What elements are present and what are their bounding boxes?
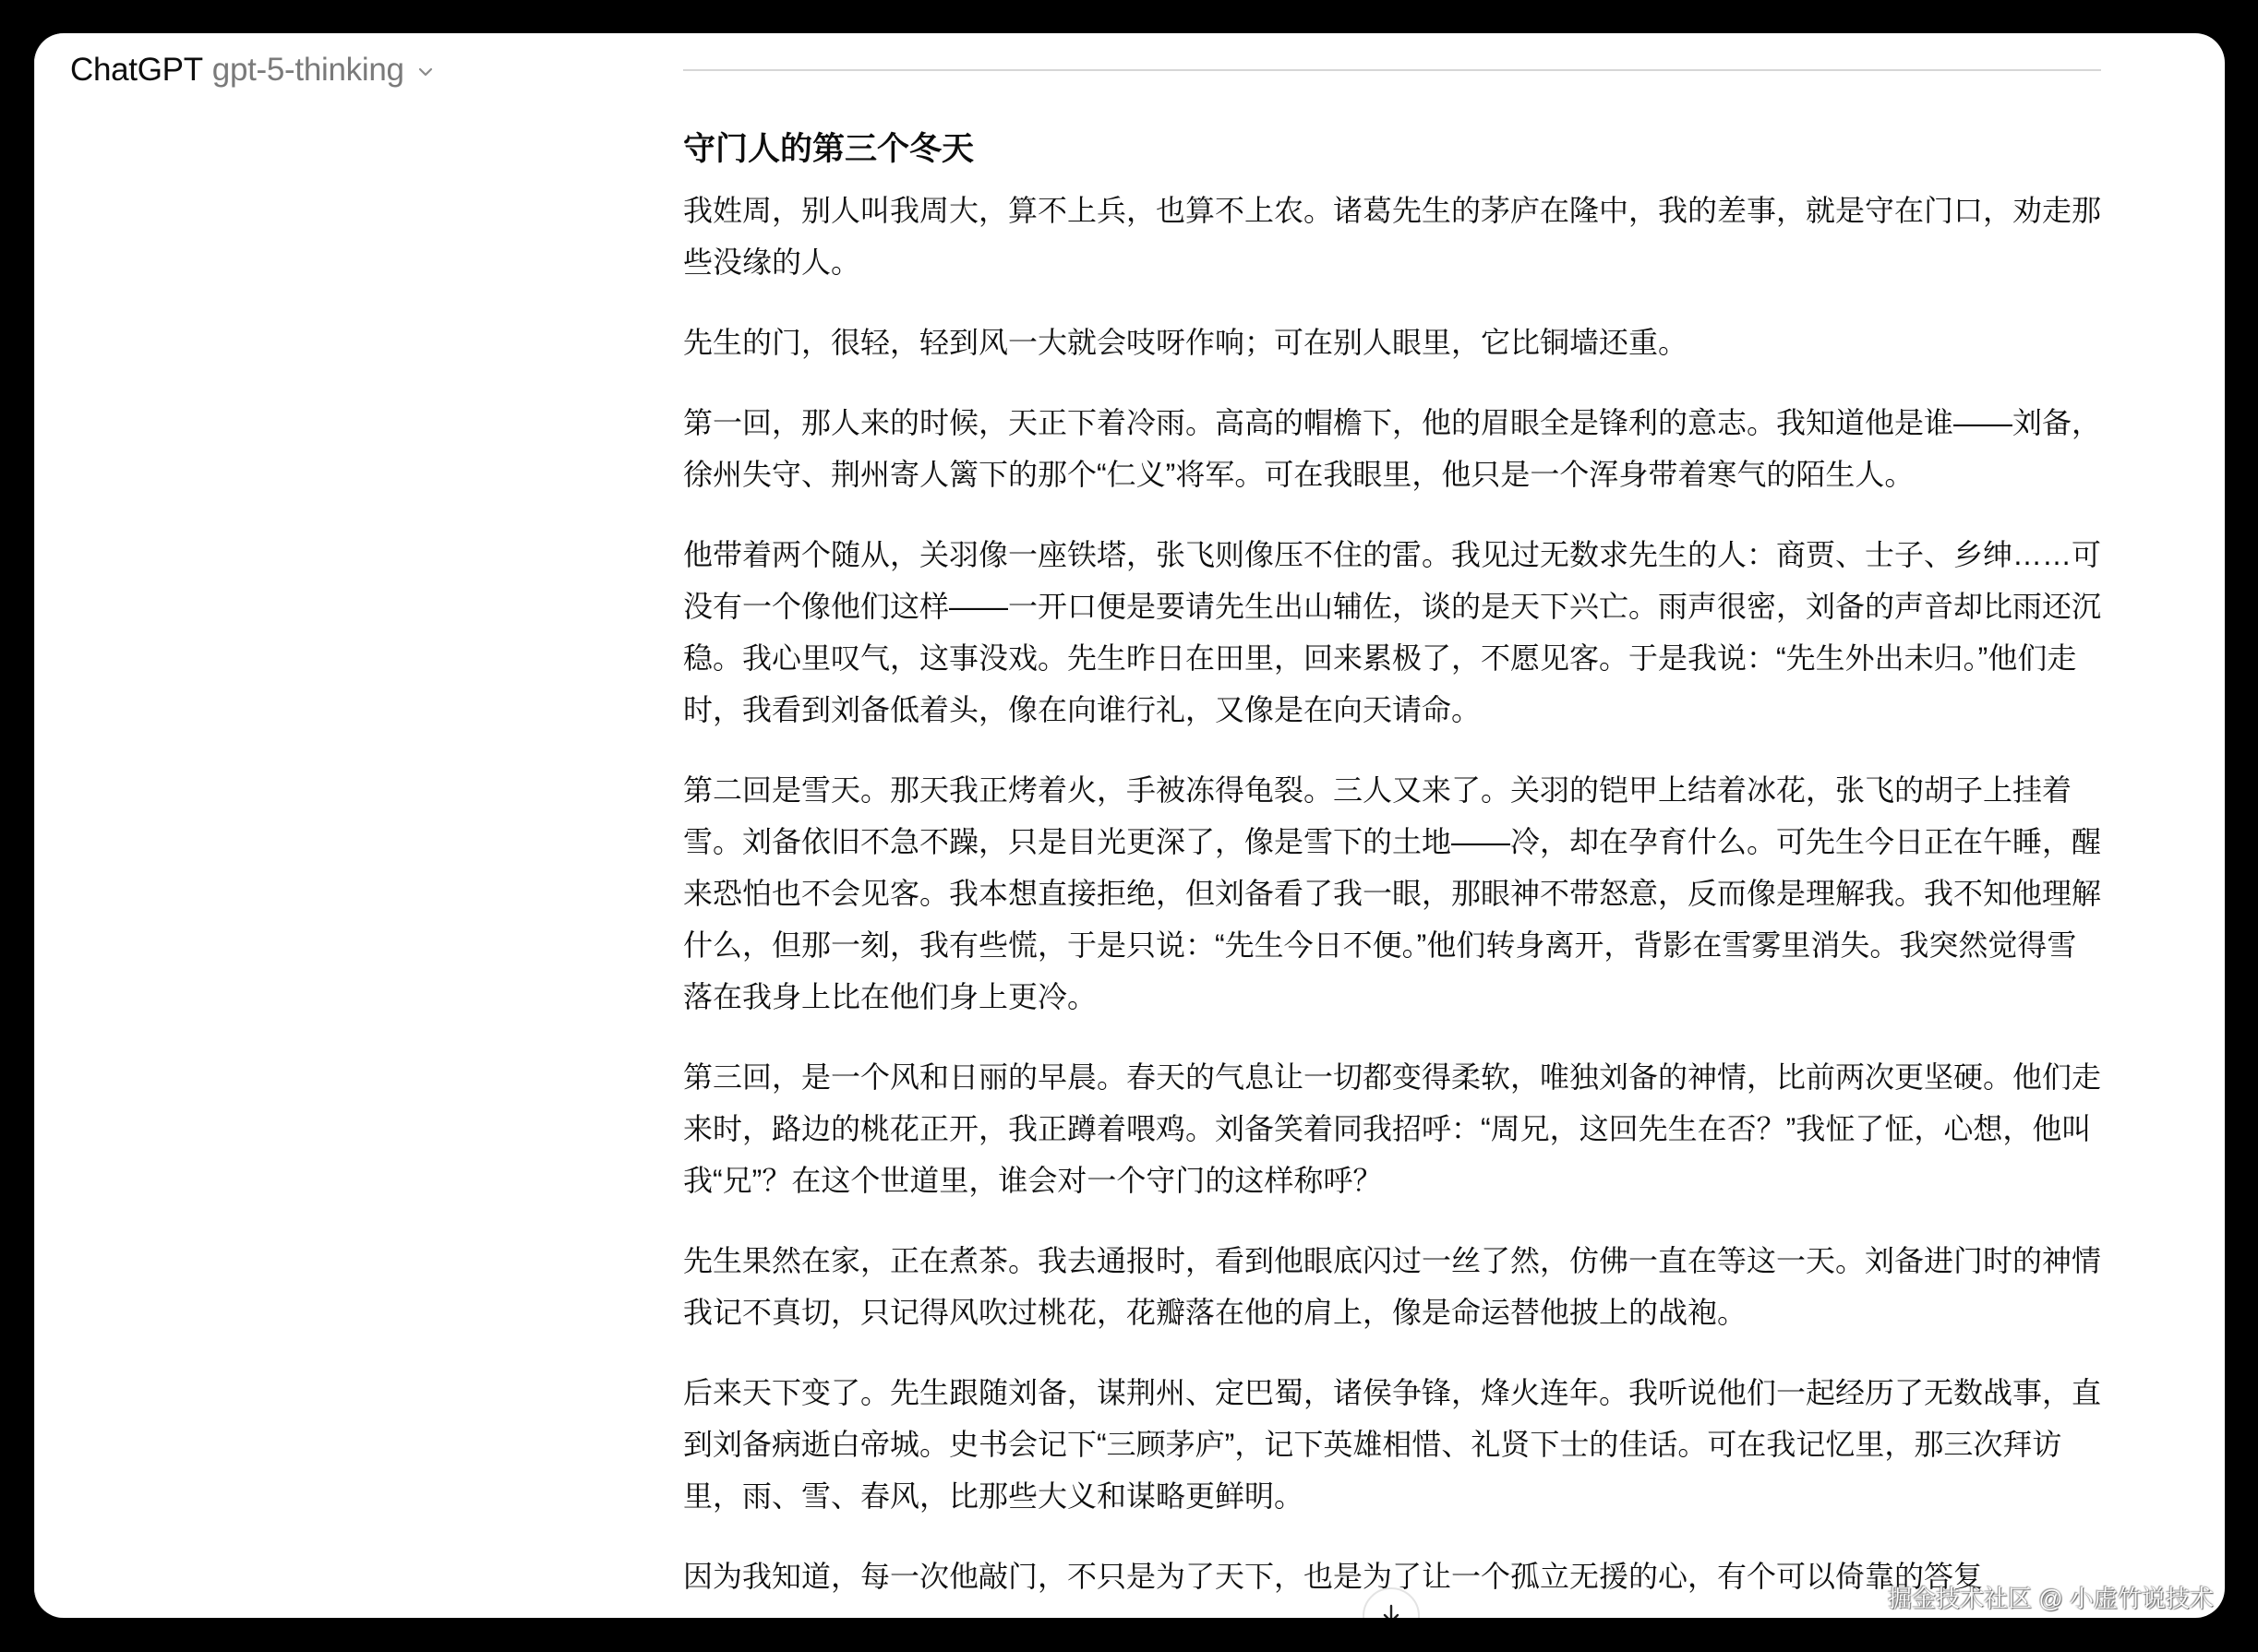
- model-name: gpt-5-thinking: [212, 52, 404, 89]
- paragraph: 先生果然在家，正在煮茶。我去通报时，看到他眼底闪过一丝了然，仿佛一直在等这一天。…: [683, 1235, 2101, 1338]
- paragraph: 第一回，那人来的时候，天正下着冷雨。高高的帽檐下，他的眉眼全是锋利的意志。我知道…: [683, 397, 2101, 500]
- paragraph: 我姓周，别人叫我周大，算不上兵，也算不上农。诸葛先生的茅庐在隆中，我的差事，就是…: [683, 185, 2101, 288]
- chat-window: ChatGPT gpt-5-thinking 守门人的第三个冬天 我姓周，别人叫…: [34, 33, 2225, 1618]
- paragraph: 第三回，是一个风和日丽的早晨。春天的气息让一切都变得柔软，唯独刘备的神情，比前两…: [683, 1051, 2101, 1206]
- paragraph: 后来天下变了。先生跟随刘备，谋荆州、定巴蜀，诸侯争锋，烽火连年。我听说他们一起经…: [683, 1367, 2101, 1522]
- model-selector[interactable]: ChatGPT gpt-5-thinking: [70, 50, 436, 90]
- arrow-down-icon: [1378, 1601, 1404, 1619]
- paragraph: 他带着两个随从，关羽像一座铁塔，张飞则像压不住的雷。我见过无数求先生的人：商贾、…: [683, 529, 2101, 736]
- assistant-message: 守门人的第三个冬天 我姓周，别人叫我周大，算不上兵，也算不上农。诸葛先生的茅庐在…: [683, 127, 2101, 1618]
- chevron-down-icon: [415, 62, 436, 82]
- paragraph: 第二回是雪天。那天我正烤着火，手被冻得龟裂。三人又来了。关羽的铠甲上结着冰花，张…: [683, 764, 2101, 1023]
- watermark: 掘金技术社区 @ 小虚竹说技术: [1888, 1580, 2214, 1614]
- divider: [683, 69, 2101, 71]
- app-name: ChatGPT: [70, 52, 203, 89]
- paragraph: 先生的门，很轻，轻到风一大就会吱呀作响；可在别人眼里，它比铜墙还重。: [683, 317, 2101, 368]
- story-title: 守门人的第三个冬天: [683, 127, 2101, 172]
